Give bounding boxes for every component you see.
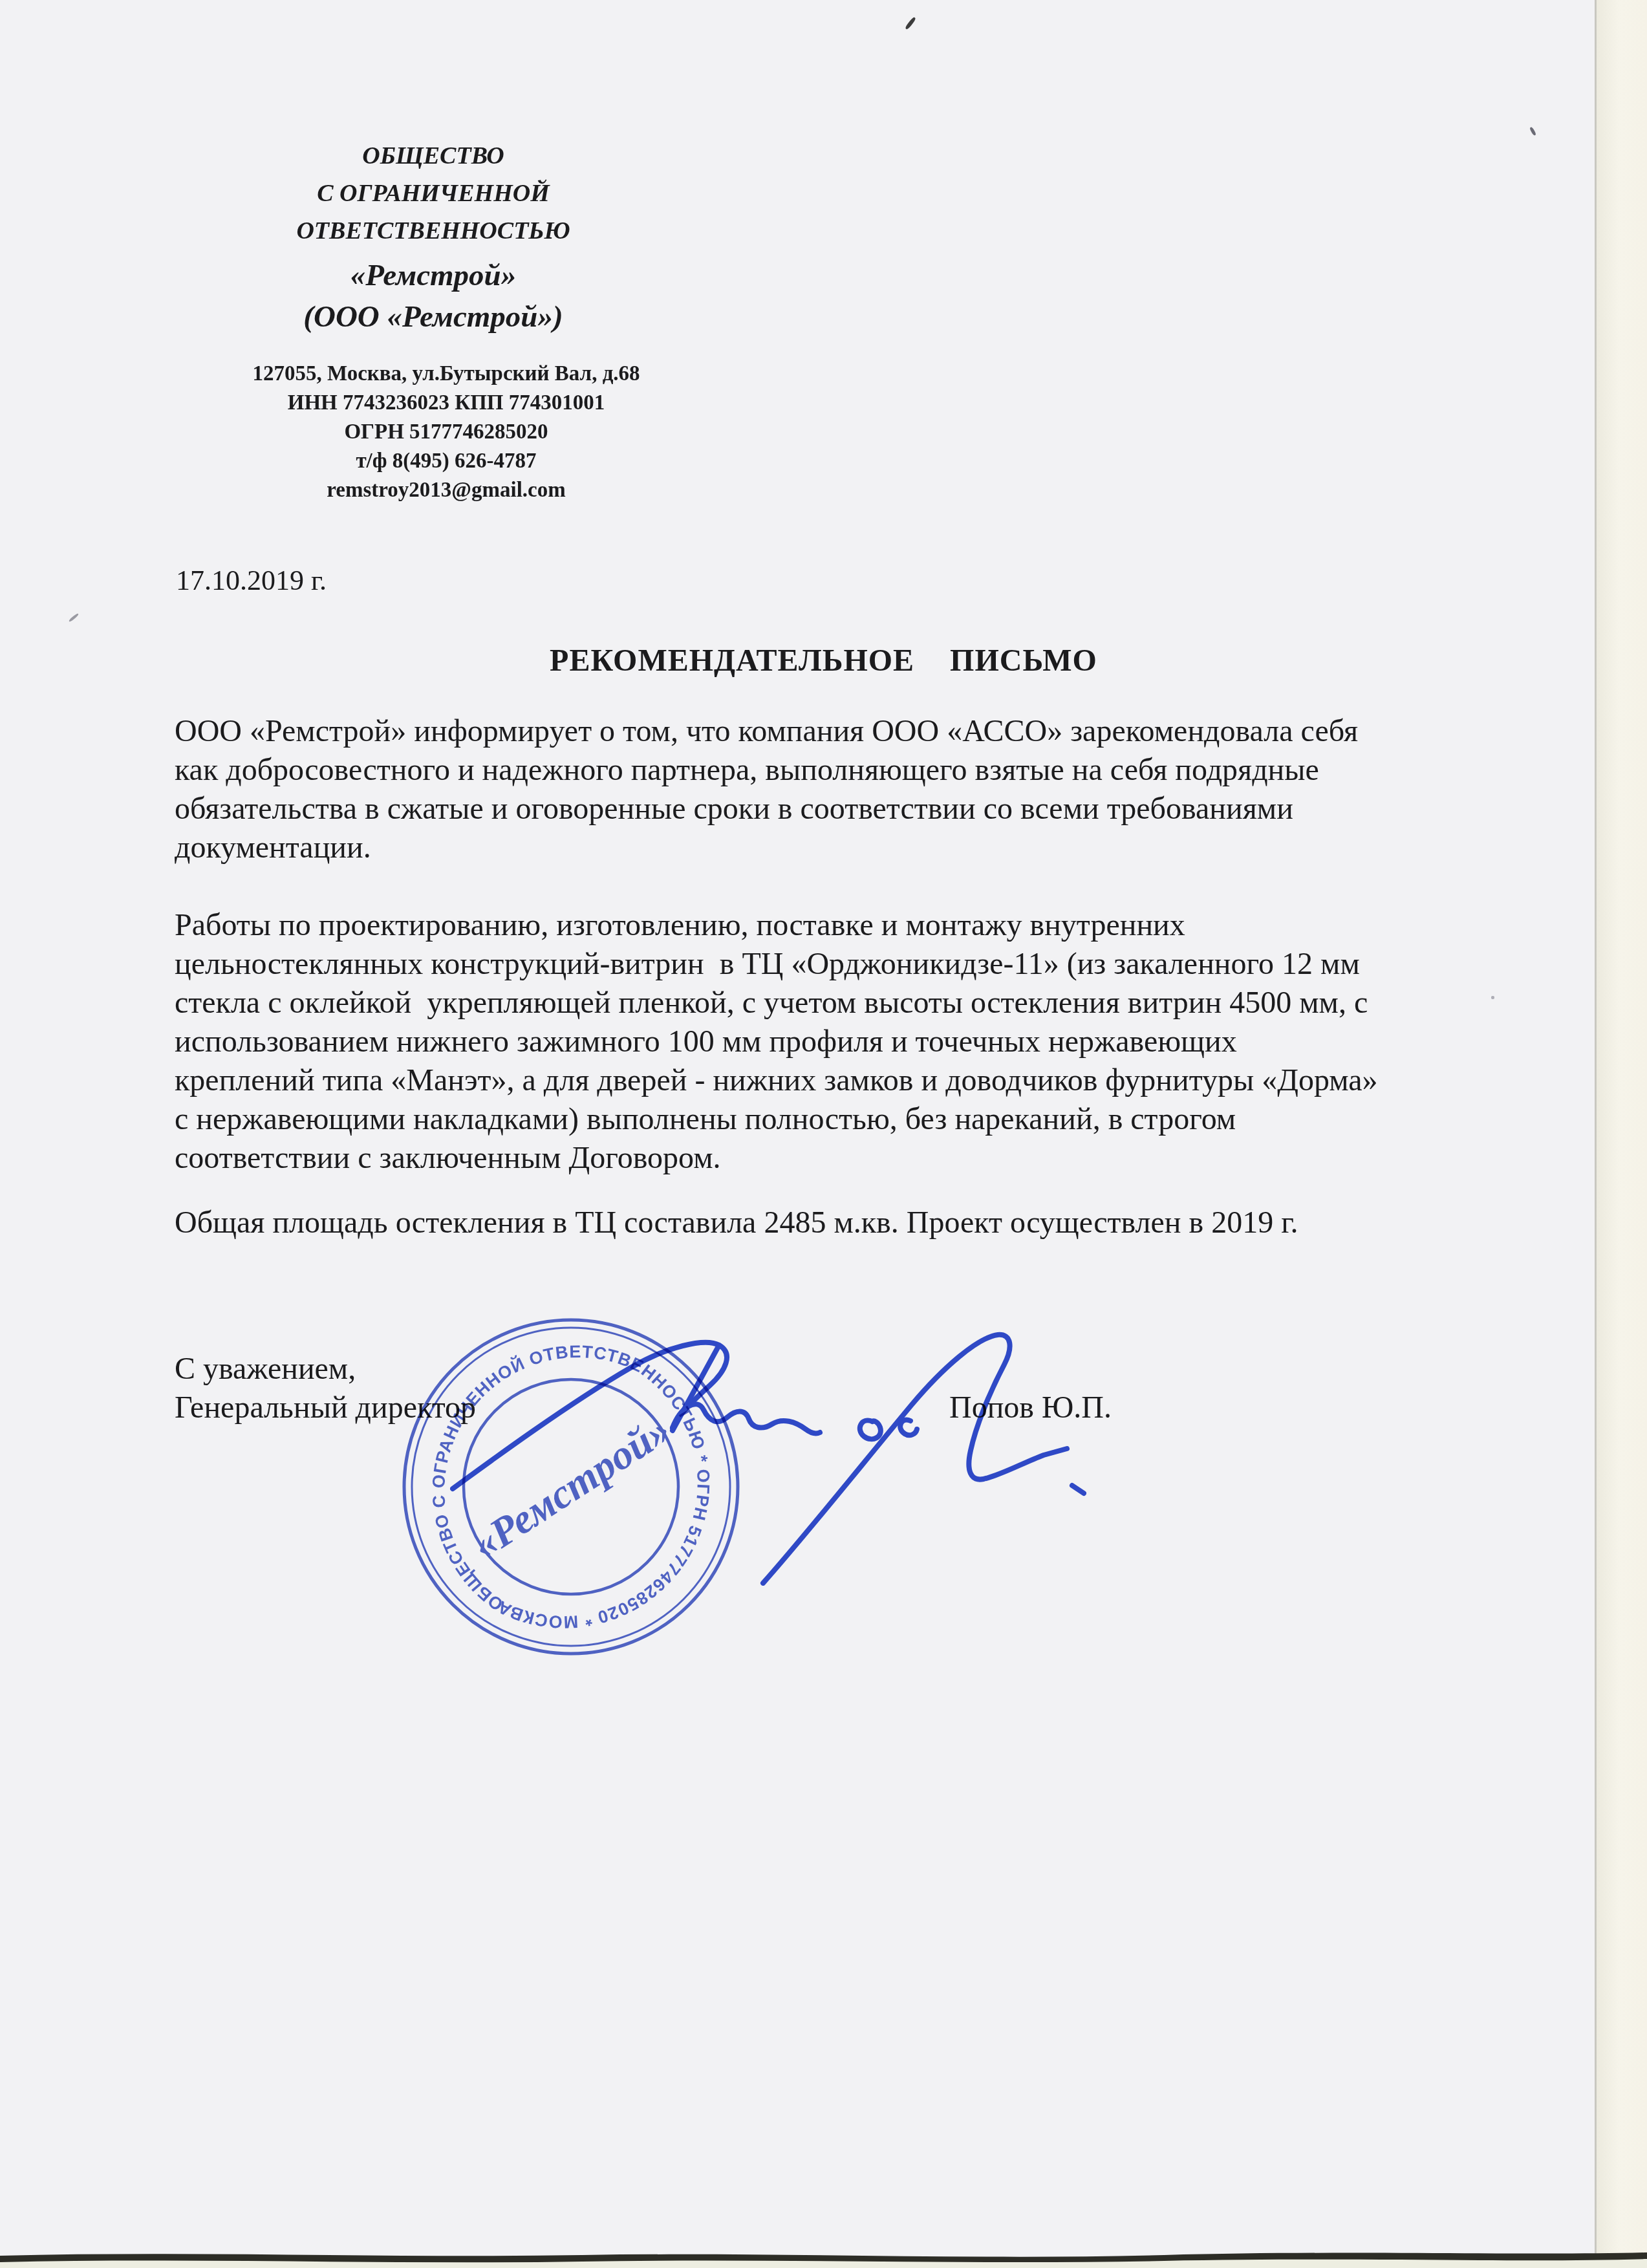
text-line: использованием нижнего зажимного 100 мм …: [175, 1022, 1378, 1061]
text-line: как добросовестного и надежного партнера…: [175, 751, 1358, 790]
org-name-line: ОБЩЕСТВО: [155, 137, 711, 175]
text-line: соответствии с заключенным Договором.: [175, 1139, 1378, 1178]
signature-stroke: [453, 1343, 727, 1489]
text-line: цельностеклянных конструкций-витрин в ТЦ…: [175, 945, 1378, 984]
paragraph-3: Общая площадь остекления в ТЦ составила …: [175, 1204, 1298, 1242]
paragraph-1: ООО «Ремстрой» информирует о том, что ко…: [175, 712, 1358, 867]
text-line: ООО «Ремстрой» информирует о том, что ко…: [175, 712, 1358, 751]
signature-stroke: [1072, 1485, 1084, 1493]
phone-line: т/ф 8(495) 626-4787: [155, 447, 737, 476]
handwritten-signature: [420, 1313, 1106, 1604]
text-line: стекла с оклейкой укрепляющей пленкой, с…: [175, 984, 1378, 1022]
dust-speck: [905, 16, 916, 30]
text-line: с нержавеющими накладками) выполнены пол…: [175, 1100, 1378, 1139]
text-line: креплений типа «Манэт», а для дверей - н…: [175, 1061, 1378, 1100]
org-name-line: «Ремстрой»: [155, 255, 711, 296]
text-line: документации.: [175, 828, 1358, 867]
org-name-line: С ОГРАНИЧЕННОЙ: [155, 175, 711, 212]
paragraph-2: Работы по проектированию, изготовлению, …: [175, 906, 1378, 1178]
dust-speck: [1491, 996, 1494, 999]
scanned-letter-page: ОБЩЕСТВО С ОГРАНИЧЕННОЙ ОТВЕТСТВЕННОСТЬЮ…: [0, 0, 1647, 2268]
signature-stroke: [673, 1404, 820, 1433]
signature-stroke: [900, 1420, 917, 1435]
address-line: 127055, Москва, ул.Бутырский Вал, д.68: [155, 360, 737, 389]
closing-salutation: С уважением,: [175, 1351, 356, 1387]
letter-date: 17.10.2019 г.: [176, 564, 327, 597]
scan-bottom-edge-shadow: [0, 2245, 1647, 2268]
letterhead-org-name: ОБЩЕСТВО С ОГРАНИЧЕННОЙ ОТВЕТСТВЕННОСТЬЮ…: [155, 137, 711, 338]
text-line: Работы по проектированию, изготовлению, …: [175, 906, 1378, 945]
letter-title: РЕКОМЕНДАТЕЛЬНОЕ ПИСЬМО: [0, 643, 1647, 678]
letterhead-address-block: 127055, Москва, ул.Бутырский Вал, д.68 И…: [155, 360, 737, 505]
signature-stroke: [860, 1420, 881, 1439]
org-name-line: (ООО «Ремстрой»): [155, 296, 711, 338]
text-line: обязательства в сжатые и оговоренные сро…: [175, 790, 1358, 828]
email-line: remstroy2013@gmail.com: [155, 476, 737, 505]
dust-speck: [69, 613, 79, 623]
scan-right-edge-strip: [1595, 0, 1647, 2259]
signature-stroke: [763, 1335, 1067, 1583]
inn-kpp-line: ИНН 7743236023 КПП 774301001: [155, 389, 737, 418]
ogrn-line: ОГРН 5177746285020: [155, 418, 737, 447]
dust-speck: [1529, 127, 1536, 136]
text-line: Общая площадь остекления в ТЦ составила …: [175, 1204, 1298, 1242]
org-name-line: ОТВЕТСТВЕННОСТЬЮ: [155, 212, 711, 250]
